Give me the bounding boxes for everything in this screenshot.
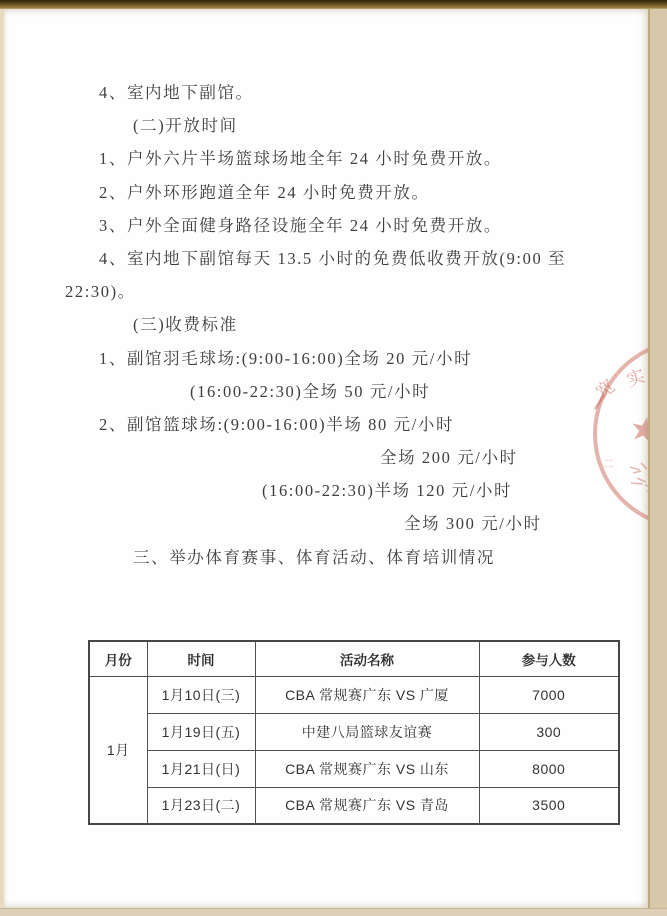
participants-cell: 8000 <box>479 750 619 787</box>
date-cell: 1月19日(五) <box>147 713 255 750</box>
table-row: 1月21日(日) CBA 常规赛广东 VS 山东 8000 <box>89 750 619 787</box>
table-row: 1月19日(五) 中建八局篮球友谊赛 300 <box>89 713 619 750</box>
scan-border-right <box>648 9 667 908</box>
doc-line: 2、副馆篮球场:(9:00-16:00)半场 80 元/小时 <box>63 408 623 441</box>
event-cell: 中建八局篮球友谊赛 <box>255 713 479 750</box>
scan-border-top <box>0 0 667 9</box>
participants-cell: 7000 <box>479 676 619 713</box>
header-month: 月份 <box>89 641 147 676</box>
participants-cell: 300 <box>479 713 619 750</box>
header-event-name: 活动名称 <box>255 641 479 676</box>
doc-line: 全场 200 元/小时 <box>63 441 623 474</box>
scan-border-left <box>0 9 4 908</box>
doc-line: 22:30)。 <box>63 275 623 308</box>
month-cell: 1月 <box>89 676 147 824</box>
header-time: 时间 <box>147 641 255 676</box>
doc-line: 1、户外六片半场篮球场地全年 24 小时免费开放。 <box>63 142 623 175</box>
events-table: 月份 时间 活动名称 参与人数 1月 1月10日(三) CBA 常规赛广东 VS… <box>88 640 620 825</box>
doc-line: 4、室内地下副馆。 <box>63 76 623 109</box>
seal-char-right: 实 <box>624 365 648 390</box>
table-row: 1月23日(二) CBA 常规赛广东 VS 青岛 3500 <box>89 787 619 824</box>
doc-line: (16:00-22:30)半场 120 元/小时 <box>63 474 623 507</box>
event-cell: CBA 常规赛广东 VS 青岛 <box>255 787 479 824</box>
date-cell: 1月21日(日) <box>147 750 255 787</box>
event-cell: CBA 常规赛广东 VS 山东 <box>255 750 479 787</box>
table-row: 1月 1月10日(三) CBA 常规赛广东 VS 广厦 7000 <box>89 676 619 713</box>
participants-cell: 3500 <box>479 787 619 824</box>
document-body-text: 4、室内地下副馆。 (二)开放时间 1、户外六片半场篮球场地全年 24 小时免费… <box>63 76 623 574</box>
date-cell: 1月10日(三) <box>147 676 255 713</box>
doc-line: 1、副馆羽毛球场:(9:00-16:00)全场 20 元/小时 <box>63 342 623 375</box>
doc-line: 3、户外全面健身路径设施全年 24 小时免费开放。 <box>63 209 623 242</box>
doc-line: 2、户外环形跑道全年 24 小时免费开放。 <box>63 176 623 209</box>
seal-star-icon: ★ <box>625 408 648 453</box>
doc-line: 全场 300 元/小时 <box>63 507 623 540</box>
doc-line: (16:00-22:30)全场 50 元/小时 <box>63 375 623 408</box>
document-page: 4、室内地下副馆。 (二)开放时间 1、户外六片半场篮球场地全年 24 小时免费… <box>4 9 648 908</box>
header-participants: 参与人数 <box>479 641 619 676</box>
doc-line: 4、室内地下副馆每天 13.5 小时的免费低收费开放(9:00 至 <box>63 242 623 275</box>
date-cell: 1月23日(二) <box>147 787 255 824</box>
event-cell: CBA 常规赛广东 VS 广厦 <box>255 676 479 713</box>
scan-border-bottom <box>0 908 667 916</box>
doc-line: (二)开放时间 <box>63 109 623 142</box>
table-header-row: 月份 时间 活动名称 参与人数 <box>89 641 619 676</box>
doc-line: 三、举办体育赛事、体育活动、体育培训情况 <box>63 541 623 574</box>
doc-line: (三)收费标准 <box>63 308 623 341</box>
